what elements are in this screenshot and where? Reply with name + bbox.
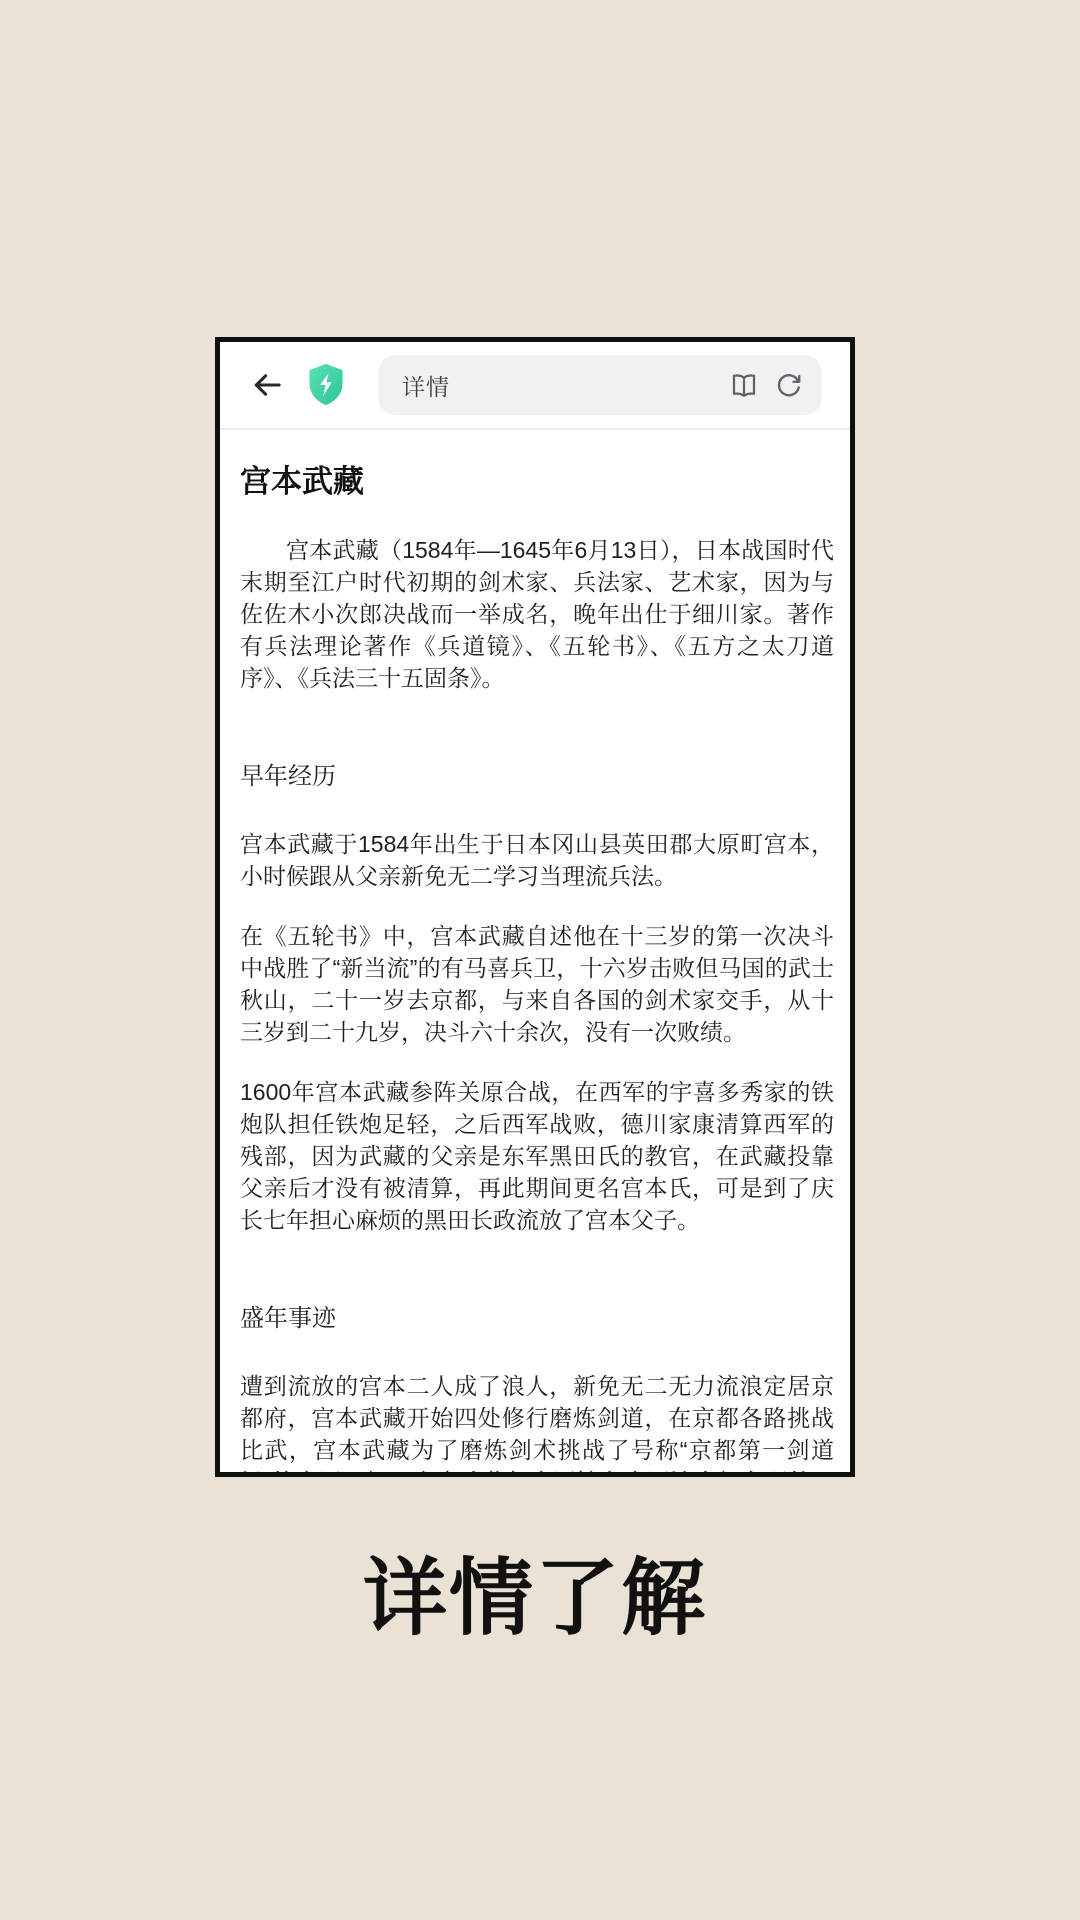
refresh-icon [774, 370, 804, 400]
section-heading-early-years: 早年经历 [240, 760, 834, 794]
browser-toolbar: 详情 [220, 342, 850, 430]
open-book-icon [728, 370, 760, 400]
page-background: 详情 [0, 0, 1080, 1920]
paragraph: 宫本武藏于1584年出生于日本冈山县英田郡大原町宫本，小时候跟从父亲新免无二学习… [240, 828, 834, 892]
refresh-button[interactable] [774, 370, 804, 400]
back-button[interactable] [246, 368, 288, 402]
reader-mode-button[interactable] [728, 370, 760, 400]
article-scroll-area[interactable]: 宫本武藏 宫本武藏（1584年—1645年6月13日），日本战国时代末期至江户时… [220, 430, 850, 1472]
address-bar-text: 详情 [402, 369, 714, 402]
paragraph: 在《五轮书》中，宫本武藏自述他在十三岁的第一次决斗中战胜了“新当流”的有马喜兵卫… [240, 920, 834, 1048]
shield-lightning-icon [304, 361, 348, 409]
security-shield-button[interactable] [304, 361, 348, 409]
section-heading-prime-years: 盛年事迹 [240, 1302, 834, 1336]
intro-paragraph: 宫本武藏（1584年—1645年6月13日），日本战国时代末期至江户时代初期的剑… [240, 534, 834, 694]
address-bar[interactable]: 详情 [378, 355, 822, 415]
caption-text: 详情了解 [215, 1548, 855, 1648]
paragraph: 1600年宫本武藏参阵关原合战，在西军的宇喜多秀家的铁炮队担任铁炮足轻，之后西军… [240, 1076, 834, 1236]
paragraph: 遭到流放的宫本二人成了浪人，新免无二无力流浪定居京都府，宫本武藏开始四处修行磨炼… [240, 1370, 834, 1472]
arrow-left-icon [246, 368, 288, 402]
article-title: 宫本武藏 [240, 460, 834, 504]
phone-screenshot-frame: 详情 [215, 337, 855, 1477]
